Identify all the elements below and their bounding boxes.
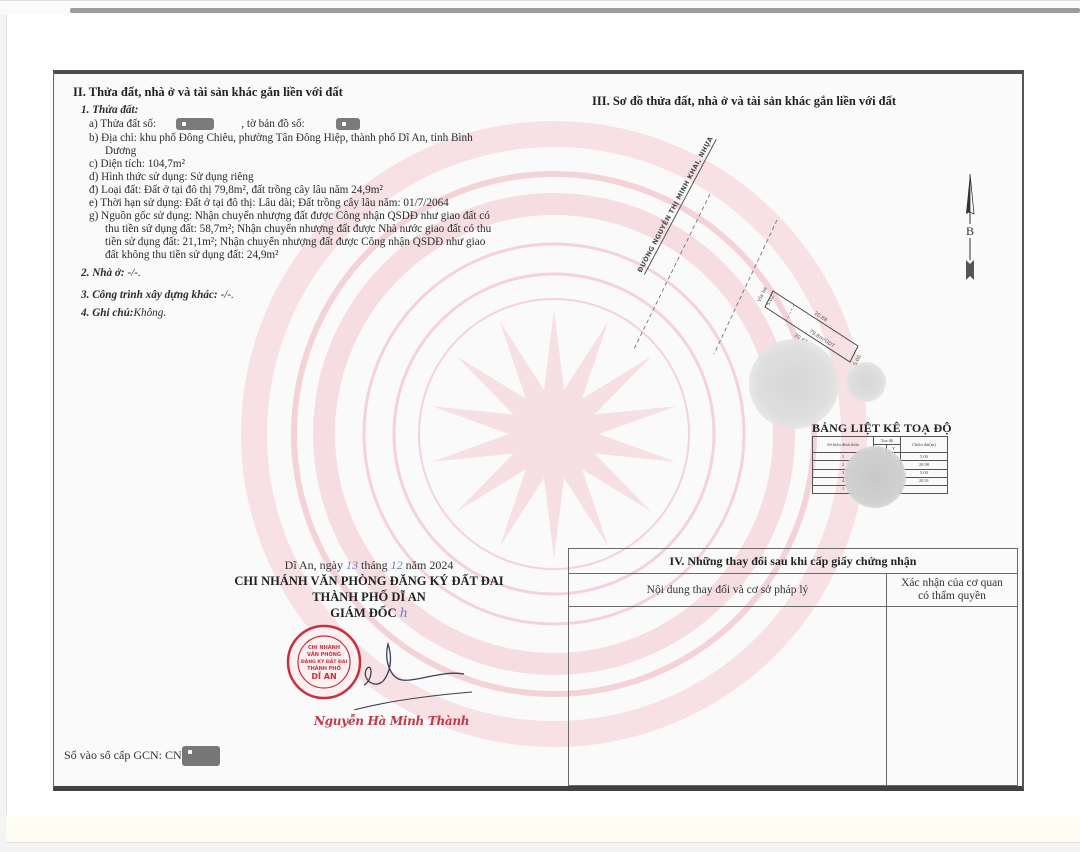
other-works-line: 3. Công trình xây dựng khác: -/-. (81, 289, 234, 301)
date-month: 12 (391, 558, 403, 572)
top-bar (0, 0, 1080, 15)
changes-table: IV. Những thay đổi sau khi cấp giấy chứn… (568, 548, 1018, 786)
house-line: 2. Nhà ở: -/-. (81, 267, 141, 279)
svg-text:B: B (966, 224, 974, 238)
header-coords: Toạ độ (874, 437, 901, 445)
origin-line-3: tiền sử dụng đất: 21,1m²; Nhận chuyển nh… (105, 236, 485, 248)
land-certificate-page: II. Thửa đất, nhà ở và tài sản khác gắn … (53, 70, 1024, 791)
origin-line-1: g) Nguồn gốc sử dụng: Nhận chuyển nhượng… (89, 210, 490, 222)
usage-term-line: e) Thời hạn sử dụng: Đất ở tại đô thị: L… (89, 197, 449, 209)
date-day: 13 (346, 558, 358, 572)
svg-text:DĨ AN: DĨ AN (311, 671, 336, 681)
coordinate-table-title: BẢNG LIỆT KÊ TOẠ ĐỘ (812, 421, 952, 436)
date-year: năm 2024 (406, 558, 454, 572)
gcn-label: Số vào sổ cấp GCN: CN (64, 748, 182, 762)
redaction-blur-small (846, 362, 886, 402)
map-sheet-label: , tờ bản đồ số: (241, 118, 304, 130)
date-month-prefix: tháng (361, 558, 388, 572)
gcn-number-line: Số vào sổ cấp GCN: CN (64, 746, 220, 766)
bottom-tint (6, 815, 1080, 842)
section-3-title: III. Sơ đồ thửa đất, nhà ở và tài sản kh… (592, 94, 896, 109)
changes-confirmation-cell (887, 607, 1018, 786)
svg-text:5.02: 5.02 (765, 294, 776, 307)
address-line-cont: Dương (105, 145, 136, 157)
issue-date: Dĩ An, ngày 13 tháng 12 năm 2024 (224, 558, 514, 573)
svg-text:CHI NHÁNH: CHI NHÁNH (308, 644, 340, 651)
house-label: 2. Nhà ở: (81, 267, 125, 279)
gcn-redacted (182, 746, 220, 766)
changes-col-confirmation: Xác nhận của cơ quancó thẩm quyền (887, 574, 1018, 607)
scroll-strip (70, 8, 1080, 13)
other-works-label: 3. Công trình xây dựng khác: (81, 289, 218, 301)
header-length: Chiều dài(m) (900, 437, 947, 453)
date-prefix: Dĩ An, ngày (285, 558, 343, 572)
parcel-sketch: 20.88 79,8m²ODT 20.97 5.02 5.00 Vỉa hè (614, 184, 874, 384)
parcel-number-label: a) Thửa đất số: (89, 118, 156, 130)
svg-text:THÀNH PHỐ: THÀNH PHỐ (307, 664, 341, 672)
parcel-heading: 1. Thửa đất: (81, 104, 138, 116)
origin-line-2: thu tiền sử dụng đất: 58,7m²; Nhận chuyể… (105, 223, 491, 235)
redaction-blur (749, 339, 839, 429)
house-value: -/-. (125, 267, 141, 279)
signature-block: Dĩ An, ngày 13 tháng 12 năm 2024 CHI NHÁ… (224, 558, 514, 621)
signature-scribble-icon (354, 630, 474, 710)
origin-line-4: đất không thu tiền sử dụng đất: 24,9m² (105, 249, 279, 261)
other-works-value: -/-. (218, 289, 234, 301)
changes-table-title: IV. Những thay đổi sau khi cấp giấy chứn… (569, 549, 1018, 574)
north-arrow-icon: B (959, 174, 981, 284)
issuing-office: CHI NHÁNH VĂN PHÒNG ĐĂNG KÝ ĐẤT ĐAI (224, 573, 514, 589)
signer-role: GIÁM ĐỐC ℎ (224, 605, 514, 621)
issuing-city: THÀNH PHỐ DĨ AN (224, 589, 514, 605)
changes-col-content: Nội dung thay đổi và cơ sở pháp lý (569, 574, 887, 607)
map-sheet-redacted (336, 118, 360, 130)
parcel-number-redacted (176, 118, 214, 130)
usage-form-line: d) Hình thức sử dụng: Sử dụng riêng (89, 171, 254, 183)
note-line: 4. Ghi chú:Không. (81, 307, 166, 319)
svg-text:VĂN PHÒNG: VĂN PHÒNG (307, 651, 341, 658)
changes-content-cell (569, 607, 887, 786)
address-line: b) Địa chỉ: khu phố Đông Chiêu, phường T… (89, 132, 473, 144)
section-2-title: II. Thửa đất, nhà ở và tài sản khác gắn … (73, 85, 343, 100)
parcel-number-line: a) Thửa đất số: , tờ bản đồ số: (89, 118, 360, 130)
note-label: 4. Ghi chú: (81, 307, 134, 319)
area-line: c) Diện tích: 104,7m² (89, 158, 185, 170)
official-stamp-icon: CHI NHÁNH VĂN PHÒNG ĐĂNG KÝ ĐẤT ĐAI THÀN… (286, 624, 362, 700)
note-value: Không. (134, 307, 167, 319)
land-type-line: đ) Loại đất: Đất ở tại đô thị 79,8m², đấ… (89, 184, 383, 196)
coordinate-redaction-blur (844, 446, 906, 508)
signer-name: Nguyễn Hà Minh Thành (314, 714, 469, 728)
